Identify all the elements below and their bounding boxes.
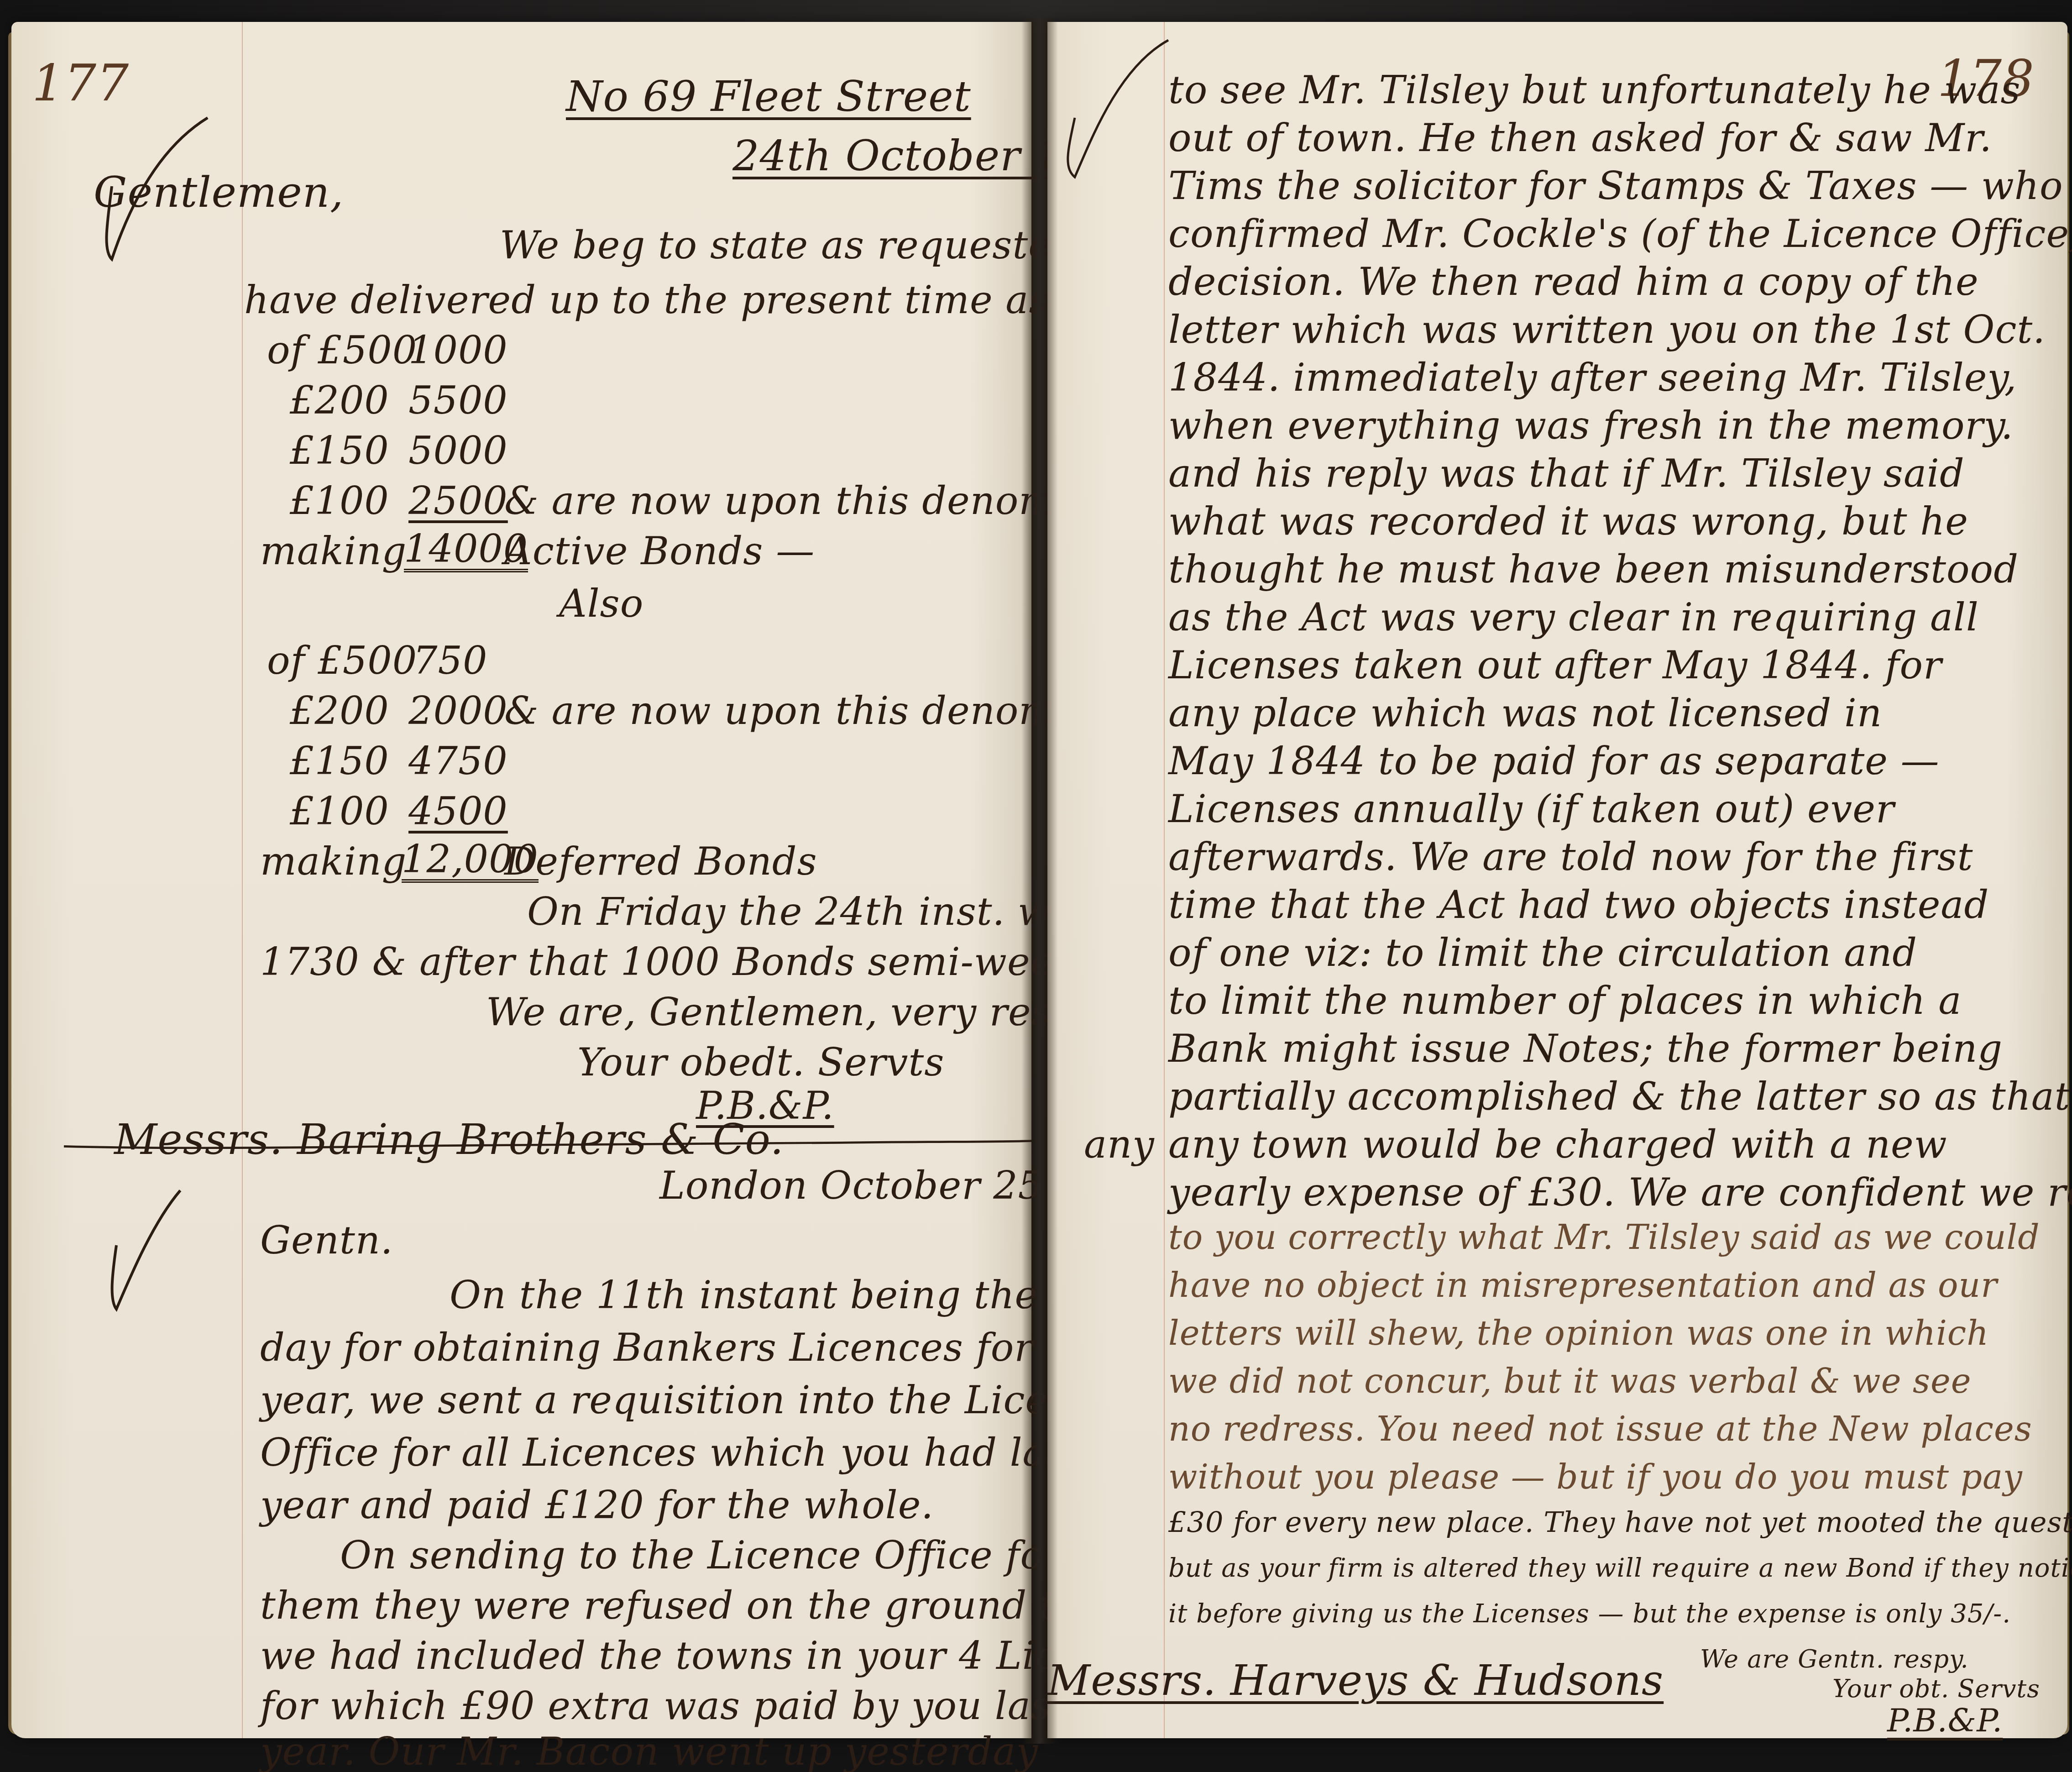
margin-note: any: [1084, 1122, 1155, 1167]
signature: P.B.&P.: [1887, 1702, 2003, 1739]
letter-line: Office for all Licences which you had la…: [260, 1430, 1082, 1475]
letter-line: On sending to the Licence Office for: [340, 1533, 1062, 1578]
bond-count: 4750: [408, 739, 508, 783]
letter-line: any place which was not licensed in: [1168, 691, 1882, 735]
closing: Your obt. Servts: [1832, 1674, 2040, 1703]
addressee: Messrs. Harveys & Hudsons: [1047, 1656, 1664, 1705]
total-label: making: [260, 529, 407, 573]
letter-line: Licenses taken out after May 1844. for: [1168, 643, 1942, 687]
closing: Your obedt. Servts: [577, 1040, 944, 1085]
letter-line: to you correctly what Mr. Tilsley said a…: [1168, 1218, 2040, 1257]
page-number: 177: [32, 54, 129, 112]
margin-rule: [1164, 22, 1165, 1738]
also-label: Also: [559, 581, 644, 626]
letter-line: yearly expense of £30. We are confident …: [1168, 1170, 2072, 1215]
letter-line: for which £90 extra was paid by you last: [260, 1683, 1067, 1728]
salutation: Gentn.: [260, 1218, 393, 1263]
letter-line: time that the Act had two objects instea…: [1168, 882, 1989, 927]
letter-address: No 69 Fleet Street: [566, 72, 971, 121]
letter-line: letter which was written you on the 1st …: [1168, 307, 2046, 352]
letter-line: have no object in misrepresentation and …: [1168, 1266, 1998, 1305]
letter-line: as the Act was very clear in requiring a…: [1168, 595, 1979, 640]
letter-line: and his reply was that if Mr. Tilsley sa…: [1168, 451, 1965, 496]
letter-line: afterwards. We are told now for the firs…: [1168, 834, 1973, 879]
bond-count: 5000: [408, 428, 508, 473]
total-label: making: [260, 839, 407, 884]
right-page: 178 to see Mr. Tilsley but unfortunately…: [1047, 22, 2067, 1738]
bond-denomination: £200: [290, 378, 389, 423]
letter-line: May 1844 to be paid for as separate —: [1168, 739, 1940, 783]
bond-denomination: £150: [290, 739, 389, 783]
letter-line: partially accomplished & the latter so a…: [1168, 1074, 2071, 1119]
letter-line: year, we sent a requisition into the Lic…: [260, 1378, 1119, 1422]
bond-denomination: of £500: [267, 328, 417, 372]
letter-line: year. Our Mr. Bacon went up yesterday: [260, 1729, 1038, 1772]
letter-line: 1844. immediately after seeing Mr. Tilsl…: [1168, 355, 2017, 400]
letter-line: Bank might issue Notes; the former being: [1168, 1026, 2003, 1071]
letter-line: when everything was fresh in the memory.: [1168, 403, 2014, 448]
addressee: Messrs. Baring Brothers & Co.: [114, 1115, 784, 1164]
letter-line: no redress. You need not issue at the Ne…: [1168, 1410, 2032, 1449]
closing: We are Gentn. respy.: [1700, 1645, 1969, 1673]
bond-denomination: £200: [290, 688, 389, 733]
letter-line: Licenses annually (if taken out) ever: [1168, 786, 1894, 831]
bond-denomination: £100: [290, 478, 389, 523]
letter-divider: [64, 1140, 1031, 1149]
letter-line: to limit the number of places in which a: [1168, 978, 1962, 1023]
letter-line: any town would be charged with a new: [1168, 1122, 1947, 1167]
letter-line: them they were refused on the ground tha…: [260, 1583, 1120, 1628]
total-description: Deferred Bonds: [504, 839, 817, 884]
letter-line: out of town. He then asked for & saw Mr.: [1168, 115, 1992, 160]
letter-line: Tims the solicitor for Stamps & Taxes — …: [1168, 163, 2063, 208]
letter-line: what was recorded it was wrong, but he: [1168, 499, 1968, 544]
letter-line: £30 for every new place. They have not y…: [1168, 1505, 2072, 1539]
book-gutter: [1021, 18, 1058, 1744]
bond-denomination: of £500: [267, 638, 417, 683]
letter-line: but as your firm is altered they will re…: [1168, 1553, 2072, 1583]
total-description: Active Bonds —: [504, 529, 815, 573]
salutation: Gentlemen,: [94, 168, 344, 217]
letter-line: confirmed Mr. Cockle's (of the Licence O…: [1168, 211, 2072, 256]
letter-line: of one viz: to limit the circulation and: [1168, 930, 1917, 975]
letter-line: year and paid £120 for the whole.: [260, 1483, 934, 1527]
bond-count: 2000: [408, 688, 508, 733]
bond-count: 750: [413, 638, 487, 683]
bond-count: 4500: [408, 789, 508, 834]
left-page: 177 No 69 Fleet Street 24th October 1845…: [11, 22, 1031, 1738]
letter-line: to see Mr. Tilsley but unfortunately he …: [1168, 68, 2021, 112]
letter-line: we did not concur, but it was verbal & w…: [1168, 1362, 1972, 1401]
letter-line: letters will shew, the opinion was one i…: [1168, 1314, 1989, 1353]
bond-count: 5500: [408, 378, 508, 423]
margin-rule: [242, 22, 243, 1738]
bond-denomination: £150: [290, 428, 389, 473]
letter-line: without you please — but if you do you m…: [1168, 1457, 2023, 1497]
bond-count: 2500: [408, 478, 508, 523]
letter-line: decision. We then read him a copy of the: [1168, 259, 1979, 304]
letter-line: it before giving us the Licenses — but t…: [1168, 1599, 2011, 1629]
bond-count: 1000: [408, 328, 508, 372]
letter-line: thought he must have been misunderstood: [1168, 547, 2019, 592]
bond-denomination: £100: [290, 789, 389, 834]
